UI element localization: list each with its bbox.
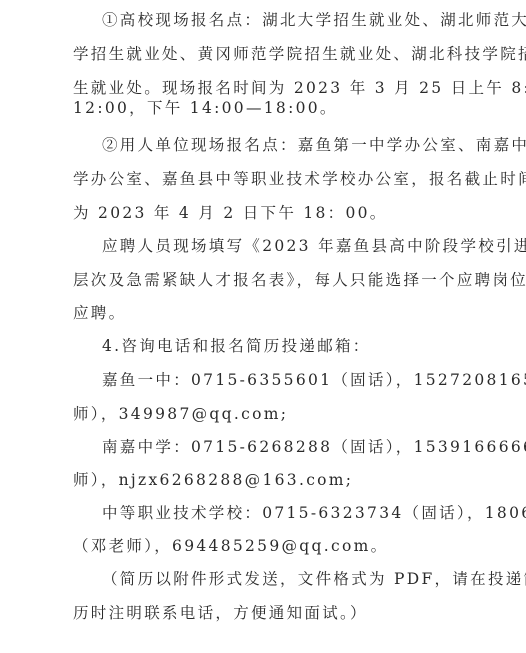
paragraph-campus-registration-line-2: 学招生就业处、黄冈师范学院招生就业处、湖北科技学院招 bbox=[73, 44, 453, 64]
contact-vocational-line-1: 中等职业技术学校：0715-6323734（固话），18062321685 bbox=[102, 503, 482, 523]
section-heading-contact: 4.咨询电话和报名简历投递邮箱： bbox=[102, 336, 482, 356]
paragraph-employer-registration-line-3: 为 2023 年 4 月 2 日下午 18：00。 bbox=[73, 203, 453, 223]
paragraph-campus-registration-line-1: ①高校现场报名点：湖北大学招生就业处、湖北师范大 bbox=[102, 10, 482, 30]
contact-vocational-line-2: （邓老师），694485259@qq.com。 bbox=[73, 536, 453, 556]
document-page: ①高校现场报名点：湖北大学招生就业处、湖北师范大 学招生就业处、黄冈师范学院招生… bbox=[0, 0, 526, 653]
contact-jiayu-no1-line-2: 师），349987@qq.com; bbox=[73, 404, 453, 424]
contact-nanjia-line-1: 南嘉中学：0715-6268288（固话），15391666660（王老 bbox=[102, 437, 482, 457]
paragraph-application-form-line-1: 应聘人员现场填写《2023 年嘉鱼县高中阶段学校引进高 bbox=[102, 236, 482, 256]
resume-note-line-1: （简历以附件形式发送，文件格式为 PDF，请在投递简 bbox=[102, 569, 482, 589]
contact-jiayu-no1-line-1: 嘉鱼一中：0715-6355601（固话），15272081658（李老 bbox=[102, 370, 482, 390]
paragraph-campus-registration-line-3: 生就业处。现场报名时间为 2023 年 3 月 25 日上午 8:30— bbox=[73, 78, 453, 98]
paragraph-application-form-line-2: 层次及急需紧缺人才报名表》，每人只能选择一个应聘岗位 bbox=[73, 270, 453, 290]
contact-nanjia-line-2: 师），njzx6268288@163.com; bbox=[73, 470, 453, 490]
paragraph-application-form-line-3: 应聘。 bbox=[73, 303, 453, 323]
resume-note-line-2: 历时注明联系电话，方便通知面试。） bbox=[73, 603, 453, 623]
paragraph-campus-registration-line-4: 12:00，下午 14:00—18:00。 bbox=[73, 98, 453, 118]
paragraph-employer-registration-line-1: ②用人单位现场报名点：嘉鱼第一中学办公室、南嘉中 bbox=[102, 135, 482, 155]
paragraph-employer-registration-line-2: 学办公室、嘉鱼县中等职业技术学校办公室，报名截止时间 bbox=[73, 169, 453, 189]
